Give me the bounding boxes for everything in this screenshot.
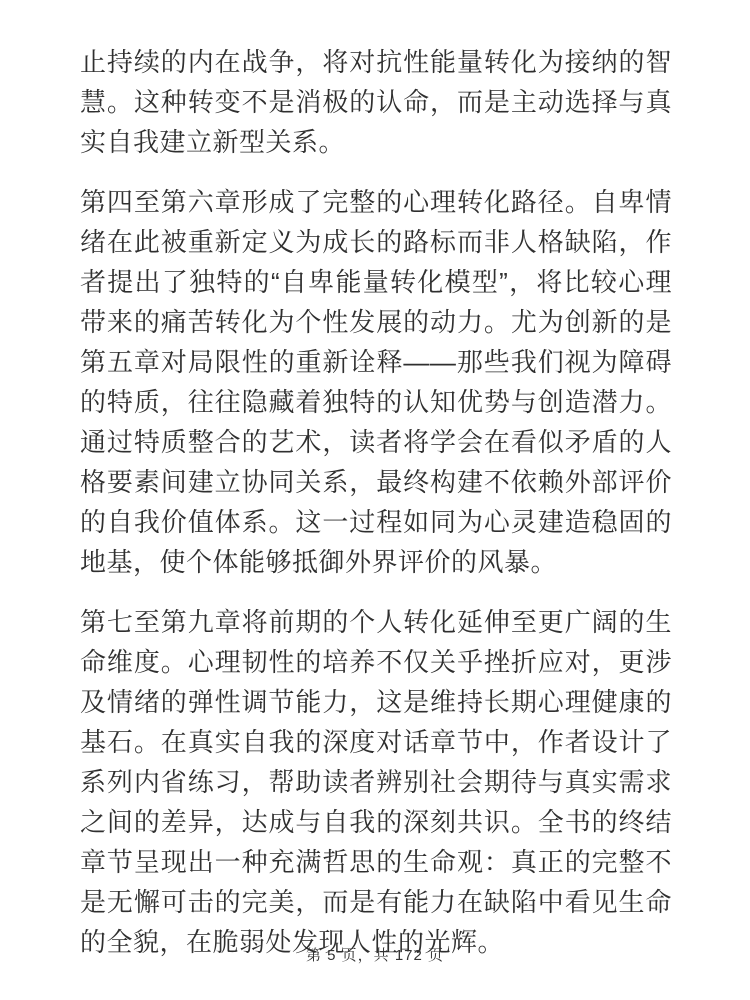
paragraph: 第七至第九章将前期的个人转化延伸至更广阔的生命维度。心理韧性的培养不仅关乎挫折应…: [80, 602, 672, 962]
page-number-label: 第 5 页，共 172 页: [0, 946, 750, 966]
paragraph: 止持续的内在战争，将对抗性能量转化为接纳的智慧。这种转变不是消极的认命，而是主动…: [80, 42, 672, 162]
document-body-text: 止持续的内在战争，将对抗性能量转化为接纳的智慧。这种转变不是消极的认命，而是主动…: [80, 42, 672, 982]
document-page: 止持续的内在战争，将对抗性能量转化为接纳的智慧。这种转变不是消极的认命，而是主动…: [0, 0, 750, 1000]
paragraph: 第四至第六章形成了完整的心理转化路径。自卑情绪在此被重新定义为成长的路标而非人格…: [80, 182, 672, 582]
